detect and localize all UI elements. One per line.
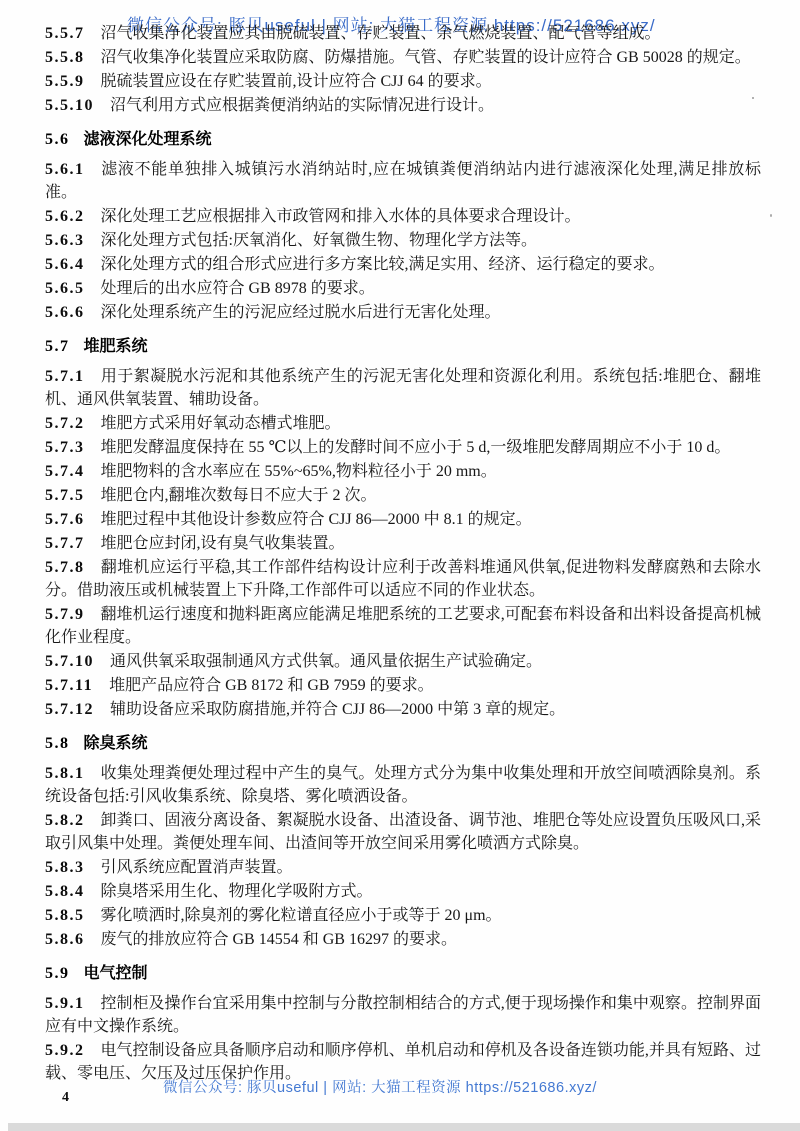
clause-text: 控制柜及操作台宜采用集中控制与分散控制相结合的方式,便于现场操作和集中观察。控制… — [45, 995, 761, 1035]
clause-number: 5.7.11 — [45, 677, 93, 694]
clause-number: 5.6.4 — [45, 256, 85, 273]
clause: 5.7.9翻堆机运行速度和抛料距离应能满足堆肥系统的工艺要求,可配套布料设备和出… — [45, 603, 761, 649]
clause-text: 废气的排放应符合 GB 14554 和 GB 16297 的要求。 — [101, 931, 457, 948]
clause: 5.7.8翻堆机应运行平稳,其工作部件结构设计应利于改善料堆通风供氧,促进物料发… — [45, 556, 761, 602]
clause-text: 堆肥仓应封闭,设有臭气收集装置。 — [101, 535, 345, 552]
clause-text: 引风系统应配置消声装置。 — [101, 859, 293, 876]
clause: 5.6.4深化处理方式的组合形式应进行多方案比较,满足实用、经济、运行稳定的要求… — [45, 253, 761, 276]
document-body: 5.5.7沼气收集净化装置应其由脱硫装置、存贮装置、余气燃烧装置、配气管等组成。… — [45, 22, 761, 1086]
clause-text: 脱硫装置应设在存贮装置前,设计应符合 CJJ 64 的要求。 — [101, 73, 492, 90]
clause-text: 深化处理方式的组合形式应进行多方案比较,满足实用、经济、运行稳定的要求。 — [101, 256, 665, 273]
scan-artifact — [770, 214, 772, 217]
clause-number: 5.7.12 — [45, 701, 94, 718]
section-title: 堆肥系统 — [84, 338, 148, 355]
clause-number: 5.7.4 — [45, 463, 85, 480]
clause-number: 5.7.5 — [45, 487, 85, 504]
clause: 5.5.8沼气收集净化装置应采取防腐、防爆措施。气管、存贮装置的设计应符合 GB… — [45, 46, 761, 69]
section-title: 除臭系统 — [84, 735, 148, 752]
clause-number: 5.5.9 — [45, 73, 85, 90]
clause-text: 堆肥产品应符合 GB 8172 和 GB 7959 的要求。 — [109, 677, 433, 694]
clause-number: 5.6.6 — [45, 304, 85, 321]
clause-text: 卸粪口、固液分离设备、絮凝脱水设备、出渣设备、调节池、堆肥仓等处应设置负压吸风口… — [45, 812, 761, 852]
clause-number: 5.5.8 — [45, 49, 85, 66]
section-heading: 5.9电气控制 — [45, 962, 761, 985]
clause-text: 深化处理系统产生的污泥应经过脱水后进行无害化处理。 — [101, 304, 501, 321]
clause: 5.9.1控制柜及操作台宜采用集中控制与分散控制相结合的方式,便于现场操作和集中… — [45, 992, 761, 1038]
clause: 5.6.6深化处理系统产生的污泥应经过脱水后进行无害化处理。 — [45, 301, 761, 324]
clause-number: 5.5.7 — [45, 25, 85, 42]
clause-text: 通风供氧采取强制通风方式供氧。通风量依据生产试验确定。 — [110, 653, 542, 670]
clause-text: 处理后的出水应符合 GB 8978 的要求。 — [101, 280, 375, 297]
clause: 5.9.2电气控制设备应具备顺序启动和顺序停机、单机启动和停机及各设备连锁功能,… — [45, 1039, 761, 1085]
section-title: 电气控制 — [84, 965, 148, 982]
clause: 5.7.3堆肥发酵温度保持在 55 ℃以上的发酵时间不应小于 5 d,一级堆肥发… — [45, 436, 761, 459]
clause: 5.7.7堆肥仓应封闭,设有臭气收集装置。 — [45, 532, 761, 555]
scan-edge-bar — [8, 1123, 800, 1131]
clause: 5.8.6废气的排放应符合 GB 14554 和 GB 16297 的要求。 — [45, 928, 761, 951]
clause-number: 5.7.9 — [45, 606, 85, 623]
clause-text: 堆肥方式采用好氧动态槽式堆肥。 — [101, 415, 341, 432]
clause-text: 用于絮凝脱水污泥和其他系统产生的污泥无害化处理和资源化利用。系统包括:堆肥仓、翻… — [45, 368, 761, 408]
clause-text: 堆肥发酵温度保持在 55 ℃以上的发酵时间不应小于 5 d,一级堆肥发酵周期应不… — [101, 439, 731, 456]
clause: 5.5.7沼气收集净化装置应其由脱硫装置、存贮装置、余气燃烧装置、配气管等组成。 — [45, 22, 761, 45]
clause: 5.5.9脱硫装置应设在存贮装置前,设计应符合 CJJ 64 的要求。 — [45, 70, 761, 93]
clause-text: 电气控制设备应具备顺序启动和顺序停机、单机启动和停机及各设备连锁功能,并具有短路… — [45, 1042, 761, 1082]
clause: 5.7.2堆肥方式采用好氧动态槽式堆肥。 — [45, 412, 761, 435]
clause-number: 5.7.3 — [45, 439, 85, 456]
section-heading: 5.6滤液深化处理系统 — [45, 128, 761, 151]
clause-number: 5.6 — [45, 131, 70, 148]
clause-text: 深化处理工艺应根据排入市政管网和排入水体的具体要求合理设计。 — [101, 208, 581, 225]
clause: 5.5.10沼气利用方式应根据粪便消纳站的实际情况进行设计。 — [45, 94, 761, 117]
clause: 5.7.12辅助设备应采取防腐措施,并符合 CJJ 86—2000 中第 3 章… — [45, 698, 761, 721]
clause: 5.6.5处理后的出水应符合 GB 8978 的要求。 — [45, 277, 761, 300]
clause-number: 5.8.3 — [45, 859, 85, 876]
clause-number: 5.7.10 — [45, 653, 94, 670]
clause-number: 5.7 — [45, 338, 70, 355]
clause-text: 滤液不能单独排入城镇污水消纳站时,应在城镇粪便消纳站内进行滤液深化处理,满足排放… — [45, 161, 761, 201]
clause: 5.6.3深化处理方式包括:厌氧消化、好氧微生物、物理化学方法等。 — [45, 229, 761, 252]
clause-number: 5.8.1 — [45, 765, 85, 782]
clause-text: 沼气利用方式应根据粪便消纳站的实际情况进行设计。 — [110, 97, 494, 114]
clause-number: 5.7.7 — [45, 535, 85, 552]
clause: 5.8.1收集处理粪便处理过程中产生的臭气。处理方式分为集中收集处理和开放空间喷… — [45, 762, 761, 808]
clause-number: 5.6.1 — [45, 161, 85, 178]
section-heading: 5.8除臭系统 — [45, 732, 761, 755]
clause-number: 5.9.2 — [45, 1042, 85, 1059]
clause-text: 沼气收集净化装置应采取防腐、防爆措施。气管、存贮装置的设计应符合 GB 5002… — [101, 49, 751, 66]
clause-number: 5.6.3 — [45, 232, 85, 249]
clause: 5.8.2卸粪口、固液分离设备、絮凝脱水设备、出渣设备、调节池、堆肥仓等处应设置… — [45, 809, 761, 855]
clause-text: 深化处理方式包括:厌氧消化、好氧微生物、物理化学方法等。 — [101, 232, 537, 249]
clause: 5.7.6堆肥过程中其他设计参数应符合 CJJ 86—2000 中 8.1 的规… — [45, 508, 761, 531]
clause-number: 5.7.6 — [45, 511, 85, 528]
clause-number: 5.7.8 — [45, 559, 85, 576]
clause-number: 5.6.5 — [45, 280, 85, 297]
clause-number: 5.8.2 — [45, 812, 85, 829]
clause-number: 5.7.1 — [45, 368, 85, 385]
clause-number: 5.9.1 — [45, 995, 85, 1012]
section-heading: 5.7堆肥系统 — [45, 335, 761, 358]
clause: 5.7.5堆肥仓内,翻堆次数每日不应大于 2 次。 — [45, 484, 761, 507]
clause-number: 5.8 — [45, 735, 70, 752]
clause-number: 5.8.6 — [45, 931, 85, 948]
clause: 5.8.3引风系统应配置消声装置。 — [45, 856, 761, 879]
scan-artifact — [752, 97, 754, 99]
clause: 5.7.1用于絮凝脱水污泥和其他系统产生的污泥无害化处理和资源化利用。系统包括:… — [45, 365, 761, 411]
clause-text: 辅助设备应采取防腐措施,并符合 CJJ 86—2000 中第 3 章的规定。 — [110, 701, 565, 718]
clause: 5.6.1滤液不能单独排入城镇污水消纳站时,应在城镇粪便消纳站内进行滤液深化处理… — [45, 158, 761, 204]
section-title: 滤液深化处理系统 — [84, 131, 212, 148]
clause-number: 5.8.4 — [45, 883, 85, 900]
clause: 5.6.2深化处理工艺应根据排入市政管网和排入水体的具体要求合理设计。 — [45, 205, 761, 228]
clause-text: 除臭塔采用生化、物理化学吸附方式。 — [101, 883, 373, 900]
clause: 5.7.10通风供氧采取强制通风方式供氧。通风量依据生产试验确定。 — [45, 650, 761, 673]
clause-number: 5.8.5 — [45, 907, 85, 924]
clause-text: 雾化喷洒时,除臭剂的雾化粒谱直径应小于或等于 20 μm。 — [101, 907, 502, 924]
document-page: 微信公众号: 豚贝useful | 网站: 大猫工程资源 https://521… — [0, 0, 800, 1131]
page-number: 4 — [62, 1090, 69, 1106]
clause-text: 沼气收集净化装置应其由脱硫装置、存贮装置、余气燃烧装置、配气管等组成。 — [101, 25, 661, 42]
clause-number: 5.9 — [45, 965, 70, 982]
clause: 5.8.5雾化喷洒时,除臭剂的雾化粒谱直径应小于或等于 20 μm。 — [45, 904, 761, 927]
clause: 5.8.4除臭塔采用生化、物理化学吸附方式。 — [45, 880, 761, 903]
clause-text: 收集处理粪便处理过程中产生的臭气。处理方式分为集中收集处理和开放空间喷洒除臭剂。… — [45, 765, 761, 805]
clause-number: 5.6.2 — [45, 208, 85, 225]
clause: 5.7.4堆肥物料的含水率应在 55%~65%,物料粒径小于 20 mm。 — [45, 460, 761, 483]
clause-text: 翻堆机应运行平稳,其工作部件结构设计应利于改善料堆通风供氧,促进物料发酵腐熟和去… — [45, 559, 761, 599]
clause-text: 堆肥物料的含水率应在 55%~65%,物料粒径小于 20 mm。 — [101, 463, 497, 480]
clause-number: 5.5.10 — [45, 97, 94, 114]
clause-text: 堆肥过程中其他设计参数应符合 CJJ 86—2000 中 8.1 的规定。 — [101, 511, 532, 528]
clause-text: 堆肥仓内,翻堆次数每日不应大于 2 次。 — [101, 487, 377, 504]
clause-text: 翻堆机运行速度和抛料距离应能满足堆肥系统的工艺要求,可配套布料设备和出料设备提高… — [45, 606, 761, 646]
clause-number: 5.7.2 — [45, 415, 85, 432]
clause: 5.7.11堆肥产品应符合 GB 8172 和 GB 7959 的要求。 — [45, 674, 761, 697]
